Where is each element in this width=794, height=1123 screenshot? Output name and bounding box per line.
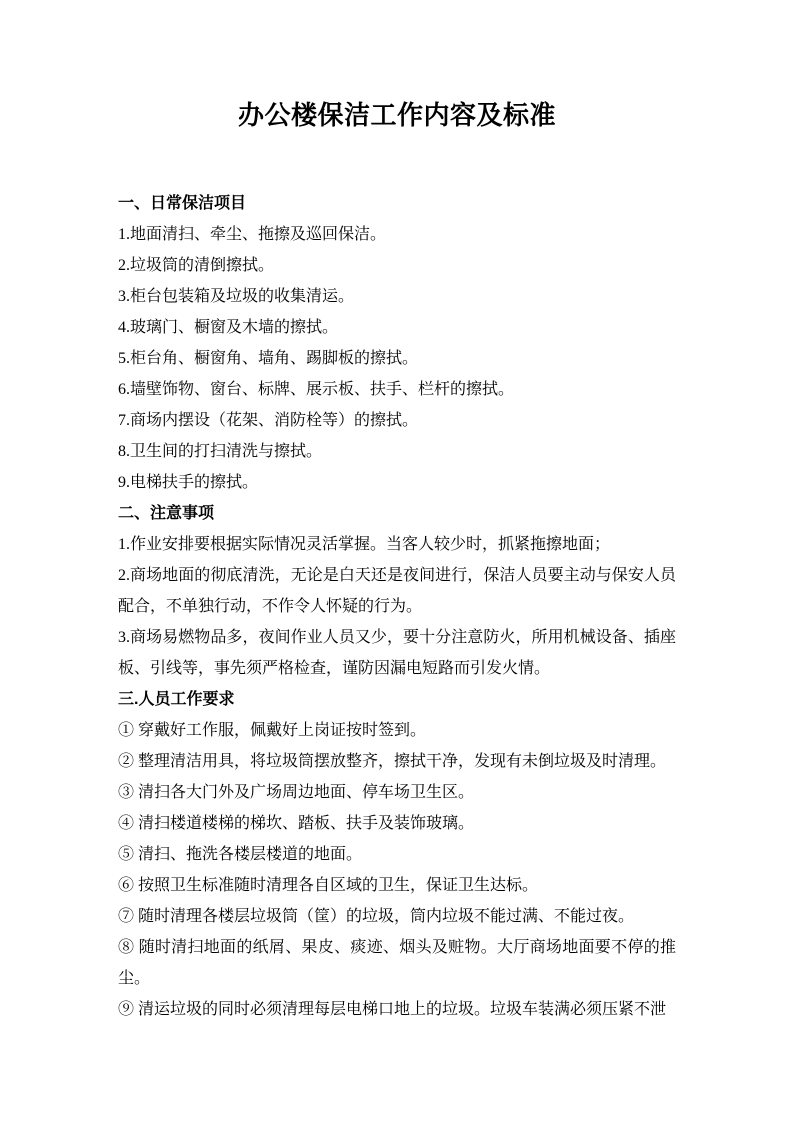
list-item: ⑧ 随时清扫地面的纸屑、果皮、痰迹、烟头及赃物。大厅商场地面要不停的推尘。	[118, 932, 676, 994]
list-item: ④ 清扫楼道楼梯的梯坎、踏板、扶手及装饰玻璃。	[118, 808, 676, 839]
list-item: 5.柜台角、橱窗角、墙角、踢脚板的擦拭。	[118, 343, 676, 374]
list-item: 2.商场地面的彻底清洗，无论是白天还是夜间进行，保洁人员要主动与保安人员配合，不…	[118, 560, 676, 622]
list-item: ⑥ 按照卫生标准随时清理各自区域的卫生，保证卫生达标。	[118, 870, 676, 901]
list-item: 2.垃圾筒的清倒擦拭。	[118, 250, 676, 281]
list-item: 1.地面清扫、牵尘、拖擦及巡回保洁。	[118, 219, 676, 250]
list-item: ③ 清扫各大门外及广场周边地面、停车场卫生区。	[118, 777, 676, 808]
list-item: 1.作业安排要根据实际情况灵活掌握。当客人较少时，抓紧拖擦地面；	[118, 529, 676, 560]
list-item: ⑦ 随时清理各楼层垃圾筒（筐）的垃圾，筒内垃圾不能过满、不能过夜。	[118, 901, 676, 932]
list-item: 7.商场内摆设（花架、消防栓等）的擦拭。	[118, 405, 676, 436]
list-item: ⑤ 清扫、拖洗各楼层楼道的地面。	[118, 839, 676, 870]
list-item: 4.玻璃门、橱窗及木墙的擦拭。	[118, 312, 676, 343]
list-item: 3.商场易燃物品多，夜间作业人员又少，要十分注意防火，所用机械设备、插座板、引线…	[118, 622, 676, 684]
section-heading: 二、注意事项	[118, 498, 676, 529]
list-item: 6.墙壁饰物、窗台、标牌、展示板、扶手、栏杆的擦拭。	[118, 374, 676, 405]
list-item: ② 整理清洁用具，将垃圾筒摆放整齐，擦拭干净，发现有未倒垃圾及时清理。	[118, 746, 676, 777]
list-item: ⑨ 清运垃圾的同时必须清理每层电梯口地上的垃圾。垃圾车装满必须压紧不泄	[118, 994, 676, 1025]
document-title: 办公楼保洁工作内容及标准	[118, 100, 676, 131]
section-heading: 一、日常保洁项目	[118, 188, 676, 219]
list-item: 8.卫生间的打扫清洗与擦拭。	[118, 436, 676, 467]
list-item: 3.柜台包装箱及垃圾的收集清运。	[118, 281, 676, 312]
list-item: 9.电梯扶手的擦拭。	[118, 467, 676, 498]
section-heading: 三.人员工作要求	[118, 684, 676, 715]
document-body: 一、日常保洁项目1.地面清扫、牵尘、拖擦及巡回保洁。2.垃圾筒的清倒擦拭。3.柜…	[118, 188, 676, 1025]
document-page: 办公楼保洁工作内容及标准 一、日常保洁项目1.地面清扫、牵尘、拖擦及巡回保洁。2…	[0, 0, 794, 1123]
list-item: ① 穿戴好工作服，佩戴好上岗证按时签到。	[118, 715, 676, 746]
